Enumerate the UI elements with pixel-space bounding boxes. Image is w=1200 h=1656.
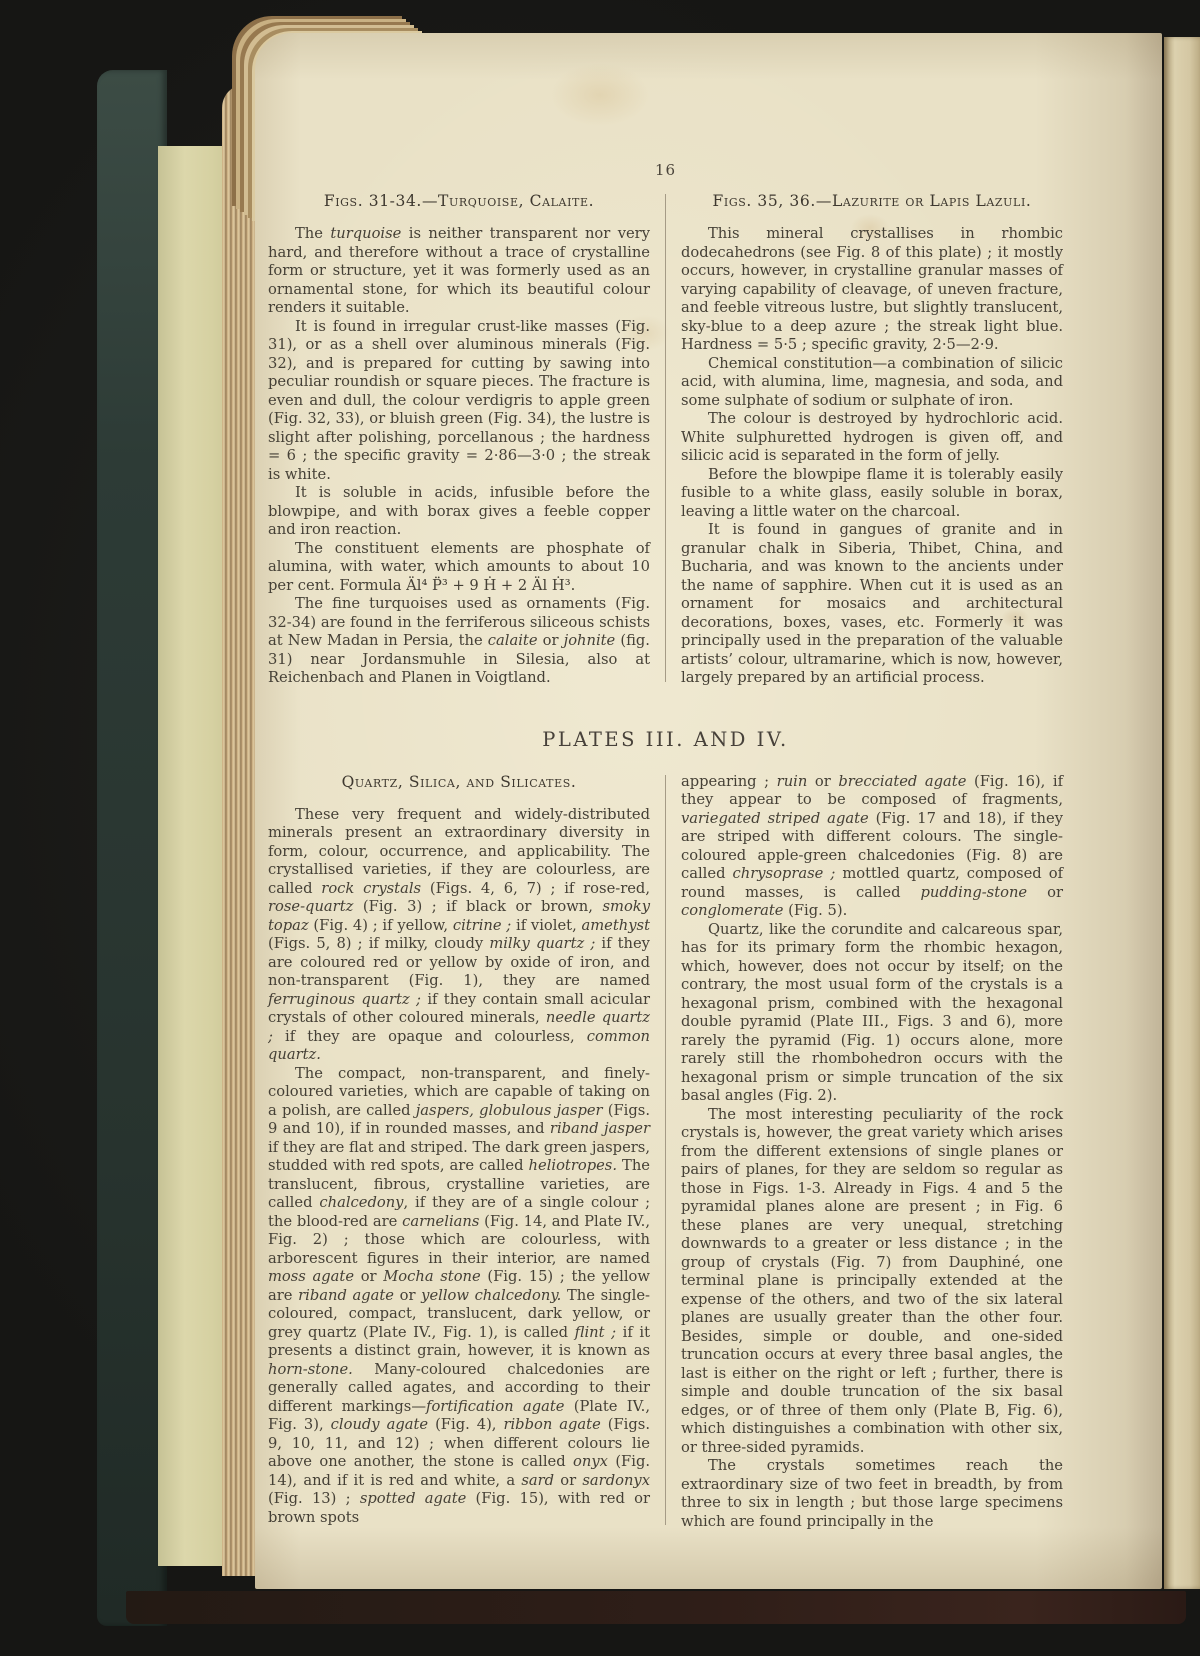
paragraph: The fine turquoises used as ornaments (F… bbox=[268, 595, 650, 688]
paragraph: The compact, non-transparent, and finely… bbox=[268, 1065, 650, 1528]
paragraph: Before the blowpipe flame it is tolerabl… bbox=[681, 466, 1063, 522]
paragraph: It is found in irregular crust-like mass… bbox=[268, 318, 650, 485]
column-turquoise: Figs. 31-34.—Turquoise, Calaite. The tur… bbox=[268, 192, 650, 688]
column-quartz-continued: appearing ; ruin or brecciated agate (Fi… bbox=[681, 773, 1063, 1532]
column-divider bbox=[665, 194, 666, 682]
paragraph: The turquoise is neither transparent nor… bbox=[268, 225, 650, 318]
paragraph: The crystals sometimes reach the extraor… bbox=[681, 1457, 1063, 1531]
column-quartz: Quartz, Silica, and Silicates. These ver… bbox=[268, 773, 650, 1532]
book-cover-edge bbox=[97, 70, 167, 1626]
section-heading-lazurite: Figs. 35, 36.—Lazurite or Lapis Lazuli. bbox=[681, 192, 1063, 210]
page-number: 16 bbox=[268, 161, 1063, 179]
plates-heading: PLATES III. AND IV. bbox=[268, 728, 1063, 751]
page-content: 16 Figs. 31-34.—Turquoise, Calaite. The … bbox=[268, 33, 1063, 1531]
bottom-section: Quartz, Silica, and Silicates. These ver… bbox=[268, 773, 1063, 1532]
paragraph: It is found in gangues of granite and in… bbox=[681, 521, 1063, 688]
bottom-cover-edge bbox=[126, 1591, 1186, 1624]
section-heading-turquoise: Figs. 31-34.—Turquoise, Calaite. bbox=[268, 192, 650, 210]
paragraph: It is soluble in acids, infusible before… bbox=[268, 484, 650, 540]
column-lazurite: Figs. 35, 36.—Lazurite or Lapis Lazuli. … bbox=[681, 192, 1063, 688]
column-divider bbox=[665, 775, 666, 1526]
paragraph: The most interesting peculiarity of the … bbox=[681, 1106, 1063, 1458]
paragraph: Chemical constitution—a combination of s… bbox=[681, 355, 1063, 411]
paragraph: The constituent elements are phosphate o… bbox=[268, 540, 650, 596]
paragraph: The colour is destroyed by hydrochloric … bbox=[681, 410, 1063, 466]
paragraph: Quartz, like the corundite and calcareou… bbox=[681, 921, 1063, 1106]
paragraph: These very frequent and widely-distribut… bbox=[268, 806, 650, 1065]
section-heading-quartz: Quartz, Silica, and Silicates. bbox=[268, 773, 650, 791]
paragraph: appearing ; ruin or brecciated agate (Fi… bbox=[681, 773, 1063, 921]
top-section: Figs. 31-34.—Turquoise, Calaite. The tur… bbox=[268, 192, 1063, 688]
paragraph: This mineral crystallises in rhombic dod… bbox=[681, 225, 1063, 355]
next-page-edge bbox=[1164, 37, 1200, 1589]
